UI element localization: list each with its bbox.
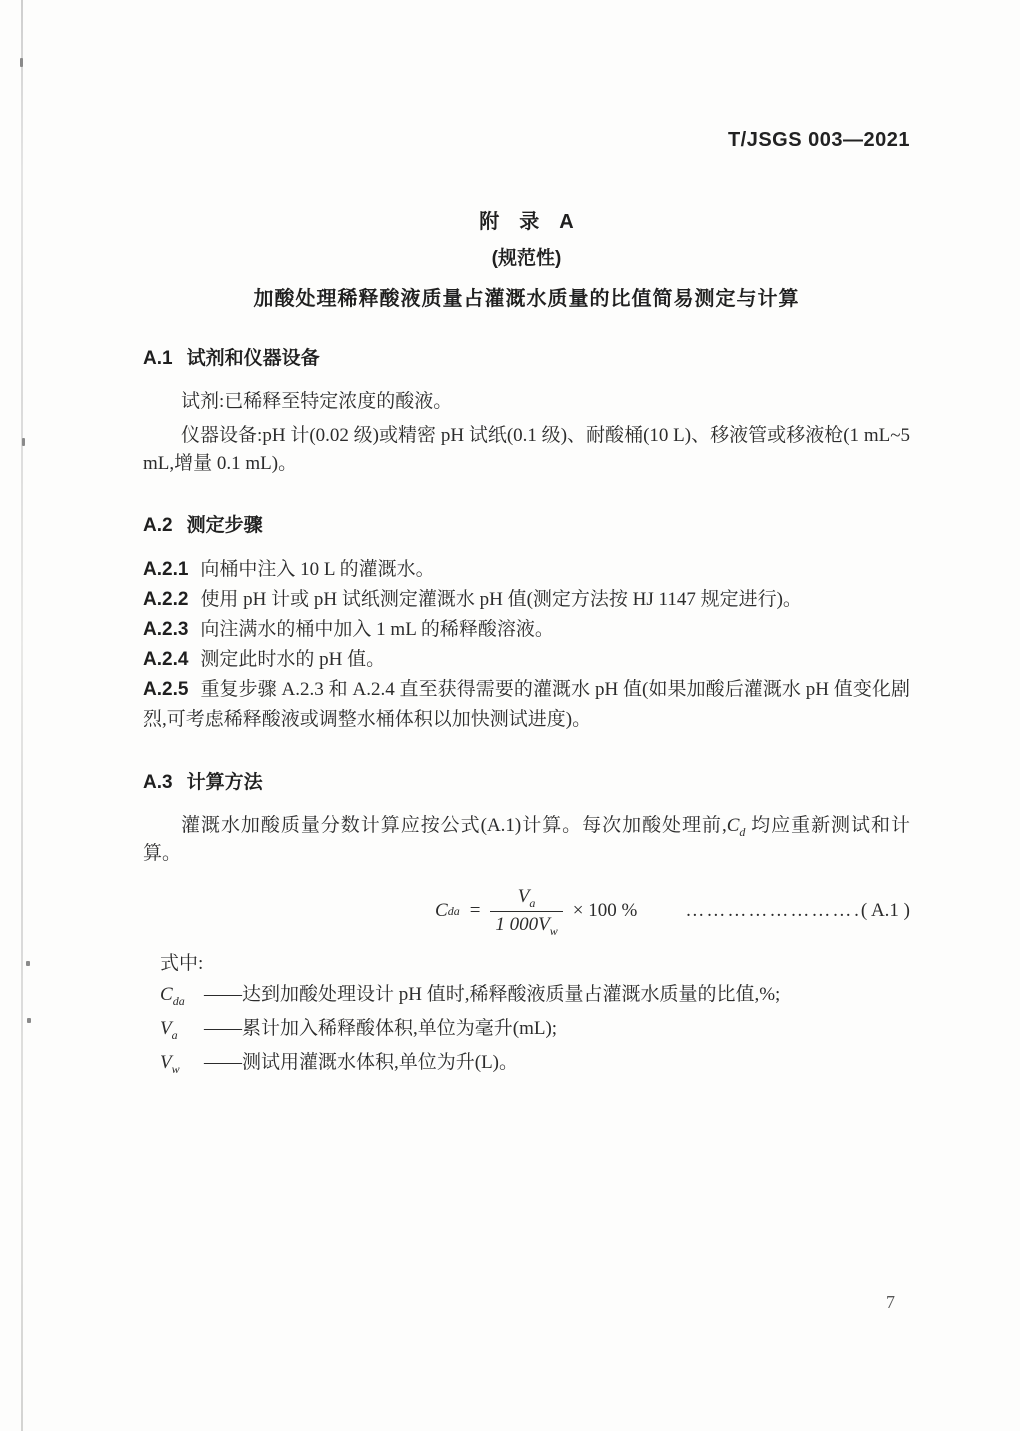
step-a21: A.2.1向桶中注入 10 L 的灌溉水。 (143, 555, 910, 585)
section-a3-title: 计算方法 (187, 772, 263, 793)
symbol-cd: C (727, 815, 740, 836)
step-a25: A.2.5重复步骤 A.2.3 和 A.2.4 直至获得需要的灌溉水 pH 值(… (143, 675, 910, 735)
step-a23: A.2.3向注满水的桶中加入 1 mL 的稀释酸溶液。 (143, 615, 910, 645)
scan-speck (20, 58, 23, 67)
definition-va-desc: ——累计加入稀释酸体积,单位为毫升(mL); (204, 1018, 557, 1039)
formula-lhs-sub: da (448, 905, 460, 917)
appendix-title: 附 录 A (143, 205, 910, 234)
section-a2-title: 测定步骤 (187, 515, 263, 536)
step-a21-number: A.2.1 (143, 559, 188, 580)
formula-multiplier: × 100 % (573, 900, 638, 922)
symbol-definitions: Cda——达到加酸处理设计 pH 值时,稀释酸液质量占灌溉水质量的比值,%; V… (143, 978, 910, 1080)
step-a24-number: A.2.4 (143, 649, 188, 670)
definition-cda-sub: da (173, 994, 185, 1008)
definition-va-sub: a (172, 1028, 178, 1042)
fraction: Va 1 000Vw (490, 886, 562, 937)
step-a23-text: 向注满水的桶中加入 1 mL 的稀释酸溶液。 (200, 619, 553, 640)
formula-expression: Cda = Va 1 000Vw × 100 % (143, 886, 637, 937)
scan-speck (22, 438, 25, 446)
definition-vw-desc: ——测试用灌溉水体积,单位为升(L)。 (204, 1052, 518, 1073)
step-list: A.2.1向桶中注入 10 L 的灌溉水。 A.2.2使用 pH 计或 pH 试… (143, 555, 910, 735)
numerator-sub: a (529, 896, 535, 910)
standard-code: T/JSGS 003—2021 (728, 129, 910, 152)
step-a21-text: 向桶中注入 10 L 的灌溉水。 (200, 559, 434, 580)
step-a22-text: 使用 pH 计或 pH 试纸测定灌溉水 pH 值(测定方法按 HJ 1147 规… (200, 589, 801, 610)
section-a3-number: A.3 (143, 772, 173, 793)
definition-vw-symbol: Vw (160, 1046, 204, 1080)
step-a22: A.2.2使用 pH 计或 pH 试纸测定灌溉水 pH 值(测定方法按 HJ 1… (143, 585, 910, 615)
calc-intro-part1: 灌溉水加酸质量分数计算应按公式(A.1)计算。每次加酸处理前, (181, 815, 727, 836)
definition-vw-sub: w (172, 1062, 180, 1076)
definition-cda: Cda——达到加酸处理设计 pH 值时,稀释酸液质量占灌溉水质量的比值,%; (160, 978, 910, 1012)
section-a2-heading: A.2测定步骤 (143, 510, 910, 537)
definition-cda-symbol: Cda (160, 978, 204, 1012)
definition-vw: Vw——测试用灌溉水体积,单位为升(L)。 (160, 1046, 910, 1080)
calc-intro: 灌溉水加酸质量分数计算应按公式(A.1)计算。每次加酸处理前,Cd 均应重新测试… (143, 812, 910, 868)
formula-a1: Cda = Va 1 000Vw × 100 % ……………………… ( A.1… (143, 882, 910, 940)
definition-cda-desc: ——达到加酸处理设计 pH 值时,稀释酸液质量占灌溉水质量的比值,%; (204, 984, 780, 1005)
section-a2-number: A.2 (143, 515, 173, 536)
step-a24: A.2.4测定此时水的 pH 值。 (143, 645, 910, 675)
appendix-heading: 加酸处理稀释酸液质量占灌溉水质量的比值简易测定与计算 (143, 282, 910, 311)
section-a3-heading: A.3计算方法 (143, 767, 910, 794)
step-a25-number: A.2.5 (143, 679, 188, 700)
step-a22-number: A.2.2 (143, 589, 188, 610)
scan-speck (26, 961, 30, 966)
step-a23-number: A.2.3 (143, 619, 188, 640)
where-label: 式中: (143, 950, 910, 978)
page-content: 附 录 A (规范性) 加酸处理稀释酸液质量占灌溉水质量的比值简易测定与计算 A… (143, 205, 910, 1080)
numerator-symbol: V (518, 886, 530, 907)
paragraph-reagent: 试剂:已稀释至特定浓度的酸液。 (143, 388, 910, 416)
section-a1-title: 试剂和仪器设备 (187, 348, 320, 369)
document-page: T/JSGS 003—2021 附 录 A (规范性) 加酸处理稀释酸液质量占灌… (0, 0, 1020, 1431)
fraction-numerator: Va (514, 886, 540, 911)
formula-lhs-symbol: C (435, 900, 448, 922)
leader-dots: ……………………… (685, 900, 861, 922)
definition-va-letter: V (160, 1018, 172, 1039)
step-a25-text: 重复步骤 A.2.3 和 A.2.4 直至获得需要的灌溉水 pH 值(如果加酸后… (143, 679, 910, 730)
equation-number: ( A.1 ) (861, 900, 910, 922)
scan-speck (27, 1018, 31, 1023)
definition-va-symbol: Va (160, 1012, 204, 1046)
definition-vw-letter: V (160, 1052, 172, 1073)
definition-va: Va——累计加入稀释酸体积,单位为毫升(mL); (160, 1012, 910, 1046)
denominator-sub: w (550, 923, 558, 937)
fraction-denominator: 1 000Vw (490, 911, 562, 937)
section-a1-heading: A.1试剂和仪器设备 (143, 343, 910, 370)
denominator-text: 1 000V (495, 914, 549, 935)
paragraph-equipment: 仪器设备:pH 计(0.02 级)或精密 pH 试纸(0.1 级)、耐酸桶(10… (143, 422, 910, 478)
scan-edge-line (21, 0, 23, 1431)
section-a1-number: A.1 (143, 348, 173, 369)
appendix-subtitle: (规范性) (143, 243, 910, 270)
step-a24-text: 测定此时水的 pH 值。 (200, 649, 385, 670)
page-number: 7 (886, 1292, 895, 1313)
definition-cda-letter: C (160, 984, 173, 1005)
equals-sign: = (470, 900, 481, 922)
